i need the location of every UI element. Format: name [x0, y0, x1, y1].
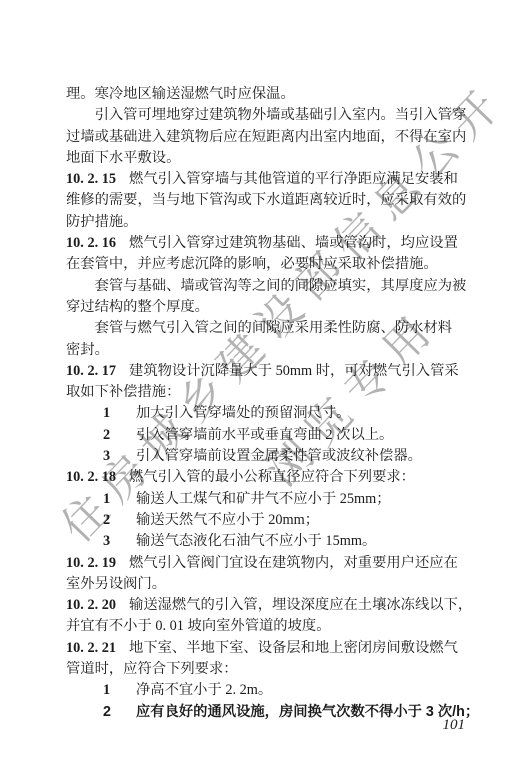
text-line: 引入管可埋地穿过建筑物外墙或基础引入室内。当引入管穿	[66, 105, 470, 126]
text-line: 10. 2. 16燃气引入管穿过建筑物基础、墙或管沟时，均应设置	[66, 233, 470, 254]
text-line: 10. 2. 17建筑物设计沉降量大于 50mm 时，可对燃气引入管采	[66, 361, 470, 382]
text-line: 1净高不宜小于 2. 2m。	[66, 680, 470, 701]
text-line: 密封。	[66, 340, 470, 361]
clause-number: 10. 2. 15	[66, 171, 116, 187]
text-line: 10. 2. 15燃气引入管穿墙与其他管道的平行净距应满足安装和	[66, 169, 470, 190]
item-number: 1	[103, 403, 136, 424]
text-line: 取如下补偿措施：	[66, 382, 470, 403]
text-line: 套管与基础、墙或管沟等之间的间隙应填实，其厚度应为被	[66, 276, 470, 297]
item-number: 2	[103, 425, 136, 446]
text-line: 3引入管穿墙前设置金属柔性管或波纹补偿器。	[66, 446, 470, 467]
text-line: 2输送天然气不应小于 20mm；	[66, 510, 470, 531]
text-line: 1输送人工煤气和矿井气不应小于 25mm；	[66, 489, 470, 510]
item-number: 3	[103, 446, 136, 467]
text-line: 3输送气态液化石油气不应小于 15mm。	[66, 531, 470, 552]
text-line: 过墙或基础进入建筑物后应在短距离内出室内地面，不得在室内	[66, 127, 470, 148]
item-number: 1	[103, 680, 136, 701]
item-text: 引入管穿墙前设置金属柔性管或波纹补偿器。	[136, 448, 422, 464]
clause-number: 10. 2. 17	[66, 363, 116, 379]
clause-number: 10. 2. 20	[66, 597, 116, 613]
item-text: 输送气态液化石油气不应小于 15mm。	[136, 533, 376, 549]
text-line: 防护措施。	[66, 212, 470, 233]
text-block: 理。寒冷地区输送湿燃气时应保温。引入管可埋地穿过建筑物外墙或基础引入室内。当引入…	[66, 84, 470, 723]
text-line: 管道时，应符合下列要求：	[66, 659, 470, 680]
item-number: 2	[103, 702, 136, 723]
item-text: 输送人工煤气和矿井气不应小于 25mm；	[136, 491, 391, 507]
text-line: 并宜有不小于 0. 01 坡向室外管道的坡度。	[66, 616, 470, 637]
text-line: 维修的需要，当与地下管沟或下水道距离较近时，应采取有效的	[66, 190, 470, 211]
text-line: 理。寒冷地区输送湿燃气时应保温。	[66, 84, 470, 105]
item-text: 引入管穿墙前水平或垂直弯曲 2 次以上。	[136, 427, 393, 443]
item-number: 2	[103, 510, 136, 531]
item-text: 加大引入管穿墙处的预留洞尺寸。	[136, 405, 350, 421]
item-text: 净高不宜小于 2. 2m。	[136, 682, 272, 698]
text-line: 10. 2. 21地下室、半地下室、设备层和地上密闭房间敷设燃气	[66, 638, 470, 659]
item-number: 1	[103, 489, 136, 510]
item-text: 应有良好的通风设施，房间换气次数不得小于 3 次/h；	[136, 704, 479, 720]
document-page: 住房城乡建设部信息公开 浏览专用 理。寒冷地区输送湿燃气时应保温。引入管可埋地穿…	[0, 0, 529, 766]
text-line: 10. 2. 18燃气引入管的最小公称直径应符合下列要求：	[66, 467, 470, 488]
item-number: 3	[103, 531, 136, 552]
text-line: 穿过结构的整个厚度。	[66, 297, 470, 318]
text-line: 套管与燃气引入管之间的间隙应采用柔性防腐、防水材料	[66, 318, 470, 339]
text-line: 2引入管穿墙前水平或垂直弯曲 2 次以上。	[66, 425, 470, 446]
text-line: 在套管中，并应考虑沉降的影响，必要时应采取补偿措施。	[66, 254, 470, 275]
clause-number: 10. 2. 18	[66, 469, 116, 485]
text-line: 10. 2. 20输送湿燃气的引入管，埋设深度应在土壤冰冻线以下，	[66, 595, 470, 616]
page-number: 101	[443, 717, 466, 734]
text-line: 1加大引入管穿墙处的预留洞尺寸。	[66, 403, 470, 424]
clause-number: 10. 2. 21	[66, 640, 116, 656]
clause-number: 10. 2. 19	[66, 555, 116, 571]
text-line: 2应有良好的通风设施，房间换气次数不得小于 3 次/h；	[66, 702, 470, 723]
item-text: 输送天然气不应小于 20mm；	[136, 512, 319, 528]
text-line: 室外另设阀门。	[66, 574, 470, 595]
text-line: 地面下水平敷设。	[66, 148, 470, 169]
clause-number: 10. 2. 16	[66, 235, 116, 251]
text-line: 10. 2. 19燃气引入管阀门宜设在建筑物内，对重要用户还应在	[66, 553, 470, 574]
